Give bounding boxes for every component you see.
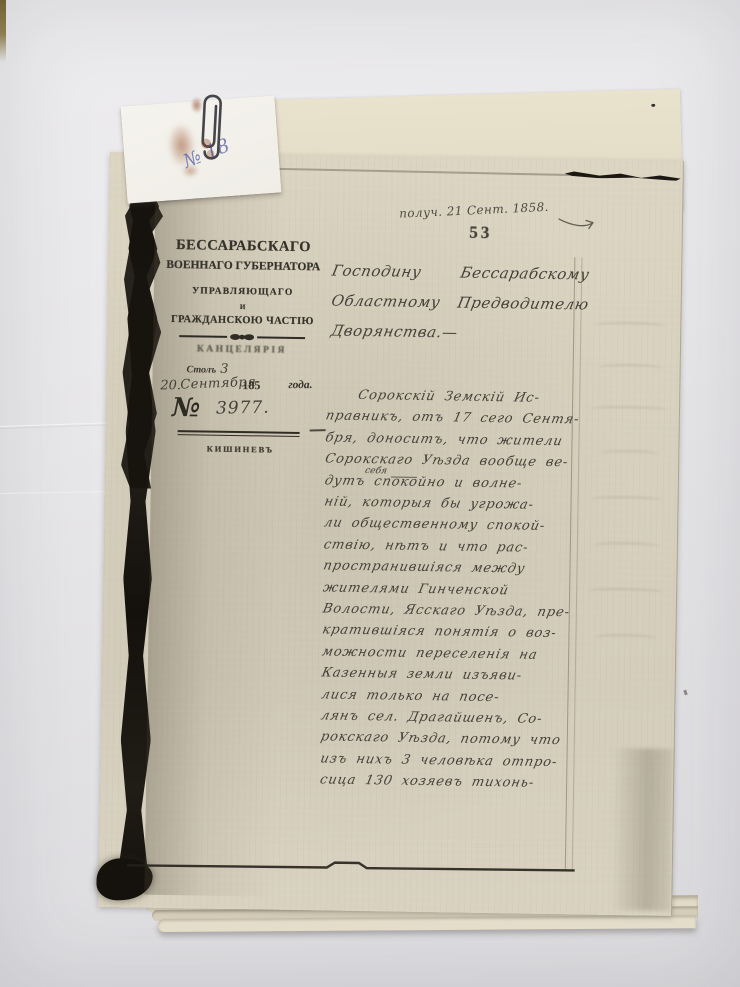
table-edge-sliver <box>0 0 6 62</box>
desk-label: Столъ <box>187 364 217 375</box>
document-page: получ. 21 Сент. 1858. 53 БЕССАРАБСКАГО В… <box>98 152 684 916</box>
inserted-word: себя <box>364 466 388 476</box>
page-number: 53 <box>459 222 503 243</box>
stacked-page-edge <box>158 915 696 932</box>
address-line: Дворянства.— <box>329 322 459 342</box>
gray-smudge-right <box>610 748 673 911</box>
ink-speck <box>651 104 655 107</box>
desk-number-handwritten: 3 <box>220 362 229 377</box>
date-year-printed: 185 <box>242 378 260 393</box>
body-line: лися только на посе- <box>320 687 501 705</box>
body-line: ствію, нѣтъ и что рас- <box>322 537 530 555</box>
pen-flourish <box>557 215 601 236</box>
number-sign: № <box>172 393 201 423</box>
edge-mark <box>683 690 688 696</box>
body-line: Казенныя земли изъяви- <box>320 665 523 683</box>
body-line: жителями Гинченской <box>322 580 511 598</box>
date-day-handwritten: 20. <box>160 378 181 393</box>
rule-dash <box>310 429 326 431</box>
background-crease <box>0 491 112 495</box>
body-line: дутъ спокойно и волне- <box>323 473 524 491</box>
body-line: пространившіяся между <box>322 558 527 576</box>
archival-document-photo: получ. 21 Сент. 1858. 53 БЕССАРАБСКАГО В… <box>0 0 740 987</box>
date-suffix-printed: года. <box>288 379 312 391</box>
document-number-handwritten: 3977. <box>216 398 270 419</box>
background-crease <box>0 422 118 429</box>
paperclip <box>194 91 234 161</box>
gray-smudge-left <box>144 195 285 897</box>
letterhead-line: БЕССАРАБСКАГО <box>143 237 343 257</box>
